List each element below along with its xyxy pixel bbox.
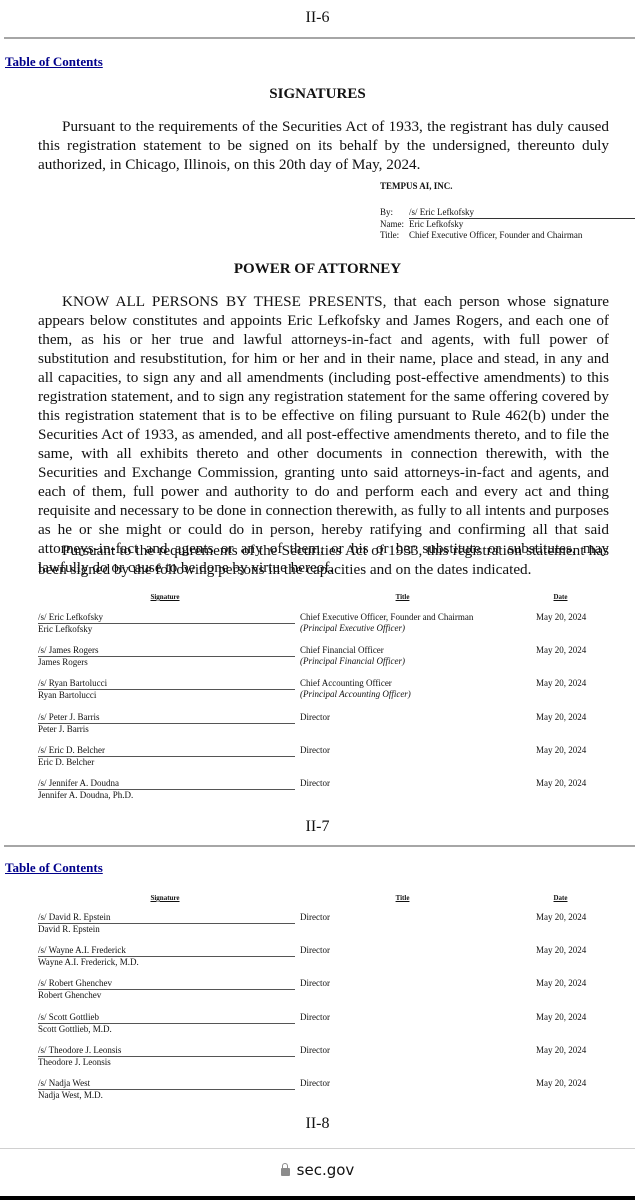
table-of-contents-link[interactable]: Table of Contents <box>5 860 103 876</box>
date-cell: May 20, 2024 <box>536 1045 586 1056</box>
date-cell: May 20, 2024 <box>536 1078 586 1089</box>
date-cell: May 20, 2024 <box>536 645 586 656</box>
date-cell: May 20, 2024 <box>536 978 586 989</box>
signatures-heading: SIGNATURES <box>0 86 635 103</box>
signer-title: Director <box>300 912 530 923</box>
signer-subtitle: (Principal Accounting Officer) <box>300 689 530 700</box>
lock-icon <box>281 1168 290 1176</box>
signature-cell: /s/ Theodore J. LeonsisTheodore J. Leons… <box>38 1045 295 1068</box>
date-cell: May 20, 2024 <box>536 612 586 623</box>
signer-title: Chief Accounting Officer <box>300 678 530 689</box>
page-number-ii-8: II-8 <box>0 1115 635 1133</box>
column-header-title: Title <box>390 894 415 902</box>
column-header-signature: Signature <box>140 593 190 601</box>
date-cell: May 20, 2024 <box>536 712 586 723</box>
name-label: Name: <box>380 219 409 230</box>
signer-name: Eric D. Belcher <box>38 757 295 768</box>
signer-name: Scott Gottlieb, M.D. <box>38 1024 295 1035</box>
signer-title: Director <box>300 978 530 989</box>
date-cell: May 20, 2024 <box>536 678 586 689</box>
signature-line: /s/ Peter J. Barris <box>38 712 295 724</box>
signer-name: James Rogers <box>38 657 295 668</box>
signature-line: /s/ Robert Ghenchev <box>38 978 295 990</box>
signature-cell: /s/ Peter J. BarrisPeter J. Barris <box>38 712 295 735</box>
column-header-date: Date <box>548 593 573 601</box>
signature-cell: /s/ Nadja WestNadja West, M.D. <box>38 1078 295 1101</box>
browser-address-bar[interactable]: sec.gov <box>0 1148 635 1200</box>
url-display[interactable]: sec.gov <box>0 1161 635 1179</box>
signer-title: Director <box>300 745 530 756</box>
date-cell: May 20, 2024 <box>536 912 586 923</box>
signer-name: Robert Ghenchev <box>38 990 295 1001</box>
signature-line: /s/ Ryan Bartolucci <box>38 678 295 690</box>
title-cell: Director <box>300 945 530 956</box>
signer-subtitle: (Principal Financial Officer) <box>300 656 530 667</box>
title-cell: Director <box>300 778 530 789</box>
date-cell: May 20, 2024 <box>536 1012 586 1023</box>
signature-line: /s/ Eric Lefkofsky <box>38 612 295 624</box>
signer-name: David R. Epstein <box>38 924 295 935</box>
signer-name: Jennifer A. Doudna, Ph.D. <box>38 790 295 801</box>
by-label: By: <box>380 207 409 219</box>
title-cell: Director <box>300 1045 530 1056</box>
signature-cell: /s/ David R. EpsteinDavid R. Epstein <box>38 912 295 935</box>
page-number-ii-6: II-6 <box>0 9 635 27</box>
date-cell: May 20, 2024 <box>536 778 586 789</box>
signature-cell: /s/ Eric LefkofskyEric Lefkofsky <box>38 612 295 635</box>
title-value: Chief Executive Officer, Founder and Cha… <box>409 230 582 241</box>
signer-name: Eric Lefkofsky <box>38 624 295 635</box>
signer-name: Peter J. Barris <box>38 724 295 735</box>
title-cell: Director <box>300 978 530 989</box>
signer-name: Theodore J. Leonsis <box>38 1057 295 1068</box>
title-cell: Director <box>300 745 530 756</box>
by-signature: /s/ Eric Lefkofsky <box>409 207 635 219</box>
signature-cell: /s/ Scott GottliebScott Gottlieb, M.D. <box>38 1012 295 1035</box>
signer-name: Ryan Bartolucci <box>38 690 295 701</box>
title-cell: Director <box>300 1012 530 1023</box>
signer-title: Director <box>300 945 530 956</box>
signature-line: /s/ Wayne A.I. Frederick <box>38 945 295 957</box>
url-text: sec.gov <box>297 1161 355 1179</box>
title-cell: Director <box>300 1078 530 1089</box>
title-cell: Chief Accounting Officer(Principal Accou… <box>300 678 530 700</box>
title-cell: Chief Executive Officer, Founder and Cha… <box>300 612 530 634</box>
signature-line: /s/ Scott Gottlieb <box>38 1012 295 1024</box>
signer-title: Chief Executive Officer, Founder and Cha… <box>300 612 530 623</box>
signature-cell: /s/ James RogersJames Rogers <box>38 645 295 668</box>
column-header-signature: Signature <box>140 894 190 902</box>
signature-line: /s/ David R. Epstein <box>38 912 295 924</box>
company-signature-block: By:/s/ Eric Lefkofsky Name:Eric Lefkofsk… <box>380 207 635 241</box>
page-divider <box>4 37 635 39</box>
closing-paragraph: Pursuant to the requirements of the Secu… <box>38 541 609 579</box>
page-number-ii-7: II-7 <box>0 818 635 836</box>
power-of-attorney-heading: POWER OF ATTORNEY <box>0 261 635 278</box>
signature-cell: /s/ Ryan BartolucciRyan Bartolucci <box>38 678 295 701</box>
title-cell: Director <box>300 712 530 723</box>
signature-line: /s/ Theodore J. Leonsis <box>38 1045 295 1057</box>
signature-cell: /s/ Robert GhenchevRobert Ghenchev <box>38 978 295 1001</box>
signature-line: /s/ Jennifer A. Doudna <box>38 778 295 790</box>
signature-cell: /s/ Wayne A.I. FrederickWayne A.I. Frede… <box>38 945 295 968</box>
signature-line: /s/ Nadja West <box>38 1078 295 1090</box>
signer-title: Chief Financial Officer <box>300 645 530 656</box>
signer-subtitle: (Principal Executive Officer) <box>300 623 530 634</box>
signer-name: Wayne A.I. Frederick, M.D. <box>38 957 295 968</box>
title-label: Title: <box>380 230 409 241</box>
signature-cell: /s/ Eric D. BelcherEric D. Belcher <box>38 745 295 768</box>
signer-title: Director <box>300 1078 530 1089</box>
signatures-paragraph: Pursuant to the requirements of the Secu… <box>38 117 609 174</box>
bottom-edge <box>0 1196 635 1200</box>
column-header-date: Date <box>548 894 573 902</box>
column-header-title: Title <box>390 593 415 601</box>
company-name: TEMPUS AI, INC. <box>380 181 453 191</box>
signer-name: Nadja West, M.D. <box>38 1090 295 1101</box>
signer-title: Director <box>300 1012 530 1023</box>
signer-title: Director <box>300 1045 530 1056</box>
table-of-contents-link[interactable]: Table of Contents <box>5 54 103 70</box>
title-cell: Chief Financial Officer(Principal Financ… <box>300 645 530 667</box>
title-cell: Director <box>300 912 530 923</box>
signature-line: /s/ Eric D. Belcher <box>38 745 295 757</box>
signer-title: Director <box>300 778 530 789</box>
signature-line: /s/ James Rogers <box>38 645 295 657</box>
page-divider <box>4 845 635 847</box>
signer-title: Director <box>300 712 530 723</box>
date-cell: May 20, 2024 <box>536 745 586 756</box>
signature-cell: /s/ Jennifer A. DoudnaJennifer A. Doudna… <box>38 778 295 801</box>
power-of-attorney-paragraph: KNOW ALL PERSONS BY THESE PRESENTS, that… <box>38 292 609 577</box>
date-cell: May 20, 2024 <box>536 945 586 956</box>
name-value: Eric Lefkofsky <box>409 219 463 230</box>
